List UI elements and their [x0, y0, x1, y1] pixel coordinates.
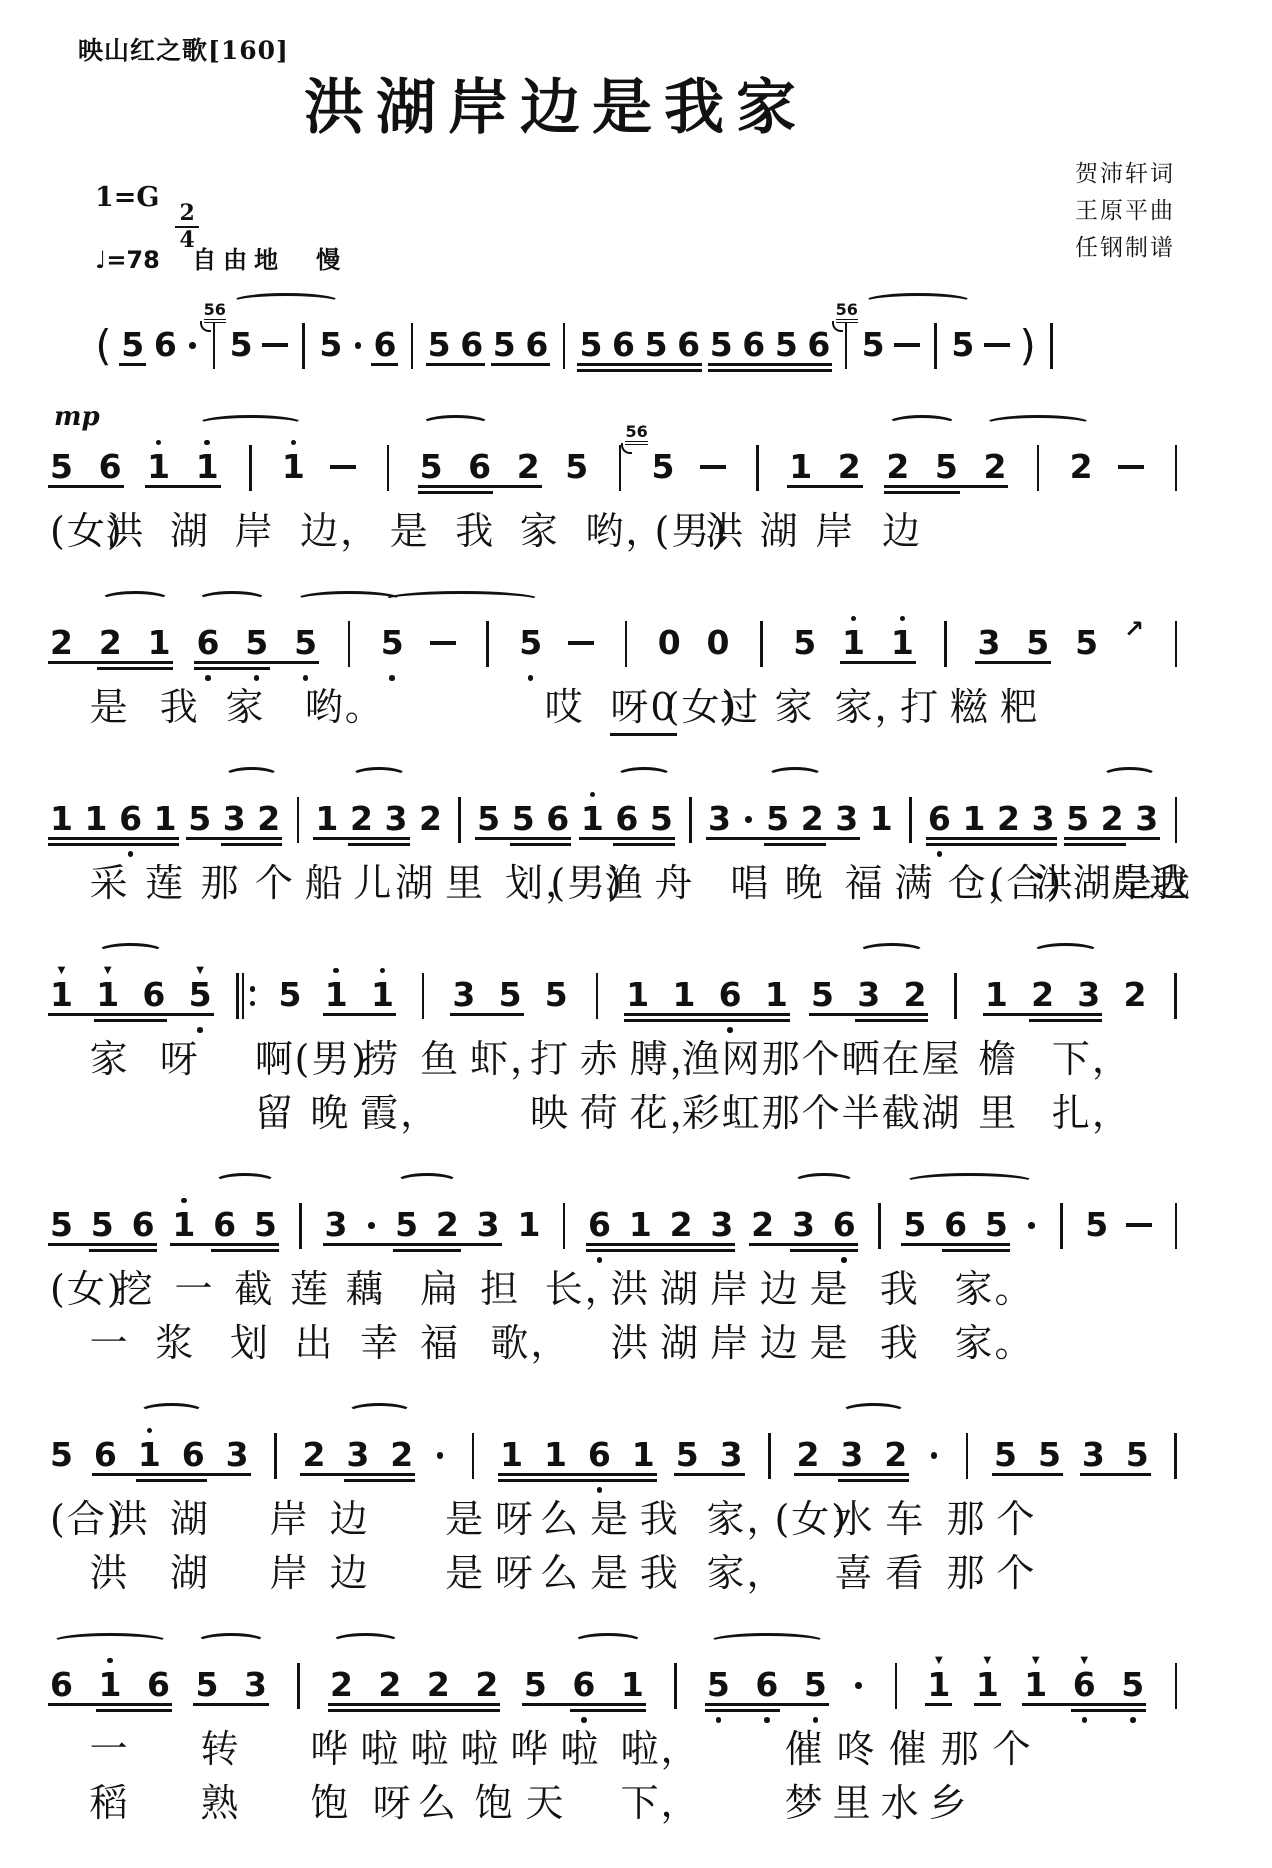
barline-stroke: [299, 1203, 302, 1249]
note: 5: [1038, 1416, 1061, 1494]
note-digit: 6: [612, 326, 635, 364]
lyric: 浆: [155, 1318, 195, 1368]
note-glyph-zone: 5: [50, 1436, 73, 1474]
aug-dot: [1026, 1186, 1038, 1264]
note-digit: 2: [1101, 800, 1124, 838]
note-glyph-zone: [299, 1206, 302, 1244]
lyric: 水: [834, 1494, 874, 1544]
augmentation-dot: [855, 1682, 862, 1689]
note-glyph-zone: 5: [230, 326, 253, 364]
note: 2: [419, 780, 442, 858]
note-glyph-zone: 6: [612, 326, 635, 364]
note-digit: 3: [708, 800, 731, 838]
note-glyph-zone: [274, 1436, 277, 1474]
lyric-row: (女)洪湖岸边，是我家哟，(男)洪湖岸边: [50, 506, 1182, 560]
note: 5: [545, 956, 568, 1034]
aug-dot: [352, 306, 364, 384]
note: 1: [581, 780, 604, 858]
barline: [961, 1416, 973, 1494]
dash-note: [984, 306, 1010, 384]
note: 0: [707, 604, 730, 682]
note: 5: [994, 1416, 1017, 1494]
note-upper-zone: [107, 1646, 113, 1666]
note-glyph-zone: 6: [588, 1436, 611, 1474]
note-glyph-zone: [1175, 448, 1178, 486]
gliss-arrow: ↗: [1124, 604, 1144, 682]
note-digit: 6: [460, 326, 483, 364]
note-digit: 1: [282, 448, 305, 486]
note-digit: 5: [195, 1666, 218, 1704]
lyric: 晚: [785, 858, 825, 908]
beam: [186, 837, 282, 840]
note: ▼1: [50, 956, 73, 1034]
paren: ): [1019, 306, 1035, 384]
note: 5: [245, 604, 268, 682]
note-glyph-zone: 6: [99, 448, 122, 486]
system-5: ▼1▼16▼551135511615321232家呀啊(男)捞鱼虾，打赤膊，渔网…: [50, 934, 1182, 1142]
note-digit: 6: [147, 1666, 170, 1704]
note-glyph-zone: 5: [951, 326, 974, 364]
note: 2: [1101, 780, 1124, 858]
note: 6: [546, 780, 569, 858]
lyric: 湖: [170, 506, 210, 556]
beam: [926, 843, 1057, 846]
note-glyph-zone: 6: [182, 1436, 205, 1474]
lyric: 呀: [495, 1548, 535, 1598]
lyric: 个: [996, 1494, 1036, 1544]
octave-dot-low: [937, 851, 943, 857]
lyric: 个: [996, 1548, 1036, 1598]
note-glyph-zone: [1050, 326, 1053, 364]
note: 1: [500, 1416, 523, 1494]
octave-dot-high: [380, 968, 386, 974]
lyric: 福: [845, 858, 885, 908]
system-1: (56556565656565656565565): [50, 284, 1182, 384]
collection-title: 映山红之歌[160]: [78, 36, 289, 66]
lyric: 一: [90, 1724, 130, 1774]
note-digit: 5: [189, 976, 212, 1014]
barline-stroke: [297, 797, 300, 843]
lyric: 哗啦啦啦哗啦: [310, 1724, 610, 1774]
note-digit: 5: [1038, 1436, 1061, 1474]
lyric: 洪: [705, 506, 745, 556]
note: 5: [188, 780, 211, 858]
note-glyph-zone: 2: [302, 1436, 325, 1474]
barline: [292, 780, 304, 858]
lyric: 下，: [1052, 1034, 1132, 1084]
note-glyph-zone: 5: [188, 800, 211, 838]
aug-dot: [186, 306, 198, 384]
note-lower-zone: [205, 662, 211, 682]
note-digit: 3: [1032, 800, 1055, 838]
note-digit: 2: [884, 1436, 907, 1474]
lyric: 晚: [310, 1088, 350, 1138]
note-glyph-zone: [1174, 1436, 1177, 1474]
dash-note: [568, 604, 594, 682]
note: 1: [148, 604, 171, 682]
note-glyph-zone: 1: [172, 1206, 195, 1244]
lyric: 呀: [495, 1494, 535, 1544]
note-glyph-zone: 5: [1085, 1206, 1108, 1244]
note-digit: 5: [524, 1666, 547, 1704]
octave-dot-high: [107, 1658, 113, 1664]
system-6: 5561653523161232365655(女)挖一截莲藕扁担长，洪湖岸边是我…: [50, 1164, 1182, 1372]
lyric: 粑: [1000, 682, 1040, 732]
beam: [926, 837, 1057, 840]
octave-dot-high: [204, 440, 210, 446]
beam: [586, 1243, 735, 1246]
note: 2: [99, 604, 122, 682]
barline: [684, 780, 696, 858]
note-glyph-zone: 5: [50, 448, 73, 486]
note-digit: 1: [147, 448, 170, 486]
barline-stroke: [422, 973, 425, 1019]
lyric: 莲: [145, 858, 185, 908]
lyric: 儿: [353, 858, 393, 908]
note-digit: 5: [650, 800, 673, 838]
beam: [674, 1473, 745, 1476]
note-glyph-zone: 3: [1135, 800, 1158, 838]
augmentation-dot: [368, 1222, 375, 1229]
lyric: 那: [201, 858, 241, 908]
note: ▼1: [1024, 1646, 1047, 1724]
note-glyph-zone: [689, 800, 692, 838]
note-digit: 3: [1135, 800, 1158, 838]
repeat-dots: [250, 973, 256, 1019]
octave-dot-low: [841, 1257, 847, 1263]
barline: [591, 956, 603, 1034]
note-digit: 2: [419, 800, 442, 838]
barline-stroke: [1050, 323, 1053, 369]
beam: [749, 1243, 858, 1246]
note: 6: [719, 956, 742, 1034]
beam: [884, 485, 1008, 488]
beam: [145, 485, 221, 488]
note-digit: 6: [742, 326, 765, 364]
beam: [577, 369, 702, 372]
lyric: 莲: [290, 1264, 330, 1314]
note-glyph-zone: 5: [189, 976, 212, 1014]
dash-note: [262, 306, 288, 384]
beam: [577, 363, 702, 366]
note-glyph-zone: 5: [420, 448, 443, 486]
note: 2: [50, 604, 73, 682]
note-glyph-zone: 5: [512, 800, 535, 838]
note-upper-zone: [900, 604, 906, 624]
lyric: 采: [90, 858, 130, 908]
note-digit: 5: [994, 1436, 1017, 1474]
note-digit: 6: [132, 1206, 155, 1244]
note: 5: [579, 306, 602, 384]
barline: [904, 780, 916, 858]
note-digit: 1: [148, 624, 171, 662]
note-digit: 1: [154, 800, 177, 838]
lyric: 我: [455, 506, 495, 556]
barline-stroke: [1174, 973, 1177, 1019]
note: 5: [395, 1186, 418, 1264]
lyric: 渔网那个晒在: [682, 1034, 922, 1084]
note-glyph-zone: 6: [546, 800, 569, 838]
note: 6: [615, 780, 638, 858]
beam: [522, 1703, 646, 1706]
note-glyph-zone: 6: [755, 1666, 778, 1704]
note-digit: 1: [96, 976, 119, 1014]
beam: [393, 1249, 461, 1252]
note-digit: 5: [279, 976, 302, 1014]
note-glyph-zone: 6: [132, 1206, 155, 1244]
octave-dot-low: [528, 675, 534, 681]
note-digit: 6: [588, 1206, 611, 1244]
note: 2: [997, 780, 1020, 858]
note-glyph-zone: [596, 976, 599, 1014]
lyric: 啊: [255, 1034, 295, 1084]
lyric: 彩虹那个半截: [682, 1088, 922, 1138]
lyric: 满: [894, 858, 934, 908]
note-glyph-zone: [568, 624, 594, 662]
barline: [1170, 428, 1182, 506]
note-lower-zone: [128, 838, 134, 858]
note-glyph-zone: 1: [985, 976, 1008, 1014]
duration-dash: [894, 343, 920, 347]
barline-stroke: [213, 323, 216, 369]
barline: [558, 306, 570, 384]
note-glyph-zone: 2: [983, 448, 1006, 486]
barline: [1045, 306, 1057, 384]
note-glyph-zone: [430, 624, 456, 662]
lyric: 湖: [660, 1264, 700, 1314]
lyric: 边: [882, 506, 922, 556]
lyric: 家: [774, 682, 814, 732]
note-glyph-zone: 3: [792, 1206, 815, 1244]
lyric: 里: [445, 858, 485, 908]
lyric: 看: [885, 1548, 925, 1598]
beam: [708, 363, 832, 366]
note-glyph-zone: 1: [621, 1666, 644, 1704]
barline-stroke: [674, 1663, 677, 1709]
lyric: 是: [390, 506, 430, 556]
barline: [270, 1416, 282, 1494]
note: 6: [755, 1646, 778, 1724]
note-glyph-zone: 6: [154, 326, 177, 364]
lyric: 是: [590, 1548, 630, 1598]
note-digit: 5: [545, 976, 568, 1014]
note: 1: [962, 780, 985, 858]
note-glyph-zone: 5: [579, 326, 602, 364]
note-upper-zone: ▼: [1080, 1646, 1088, 1666]
barline: [1170, 956, 1182, 1034]
beam: [194, 667, 270, 670]
note-glyph-zone: 5: [862, 326, 885, 364]
octave-dot-high: [851, 616, 857, 622]
lyric: 我: [160, 682, 200, 732]
note-digit: 0: [707, 624, 730, 662]
barline: [1032, 428, 1044, 506]
note: 5: [951, 306, 974, 384]
barline: [467, 1416, 479, 1494]
note-digit: 5: [1066, 800, 1089, 838]
lyric: 家: [520, 506, 560, 556]
barline: [244, 428, 256, 506]
beam: [97, 667, 173, 670]
note-digit: 5: [710, 326, 733, 364]
beam: [170, 1243, 279, 1246]
lyric: 洪: [110, 1494, 150, 1544]
note-glyph-zone: [966, 1436, 969, 1474]
octave-dot-low: [597, 1487, 603, 1493]
beam: [613, 843, 675, 846]
note-digit: 1: [985, 976, 1008, 1014]
lyric: 唱: [730, 858, 770, 908]
note-glyph-zone: 6: [1073, 1666, 1096, 1704]
beam: [586, 1249, 735, 1252]
note-glyph-zone: [1174, 976, 1177, 1014]
lyric: 呀: [373, 1778, 413, 1828]
beam: [498, 1473, 657, 1476]
notes-row: mp561115625556122522: [50, 406, 1182, 506]
note-digit: 6: [142, 976, 165, 1014]
note: 3: [385, 780, 408, 858]
beam: [901, 1243, 1010, 1246]
dash-note: [1126, 1186, 1152, 1264]
lyric: 家，: [707, 1548, 787, 1598]
barline-stroke: [596, 973, 599, 1019]
note: 3: [477, 1186, 500, 1264]
note-glyph-zone: 6: [460, 326, 483, 364]
lyric: 是: [90, 682, 130, 732]
beam: [323, 1243, 502, 1246]
notes-row: 616532222561565▼1▼1▼1▼65: [50, 1624, 1182, 1724]
beam: [983, 1013, 1102, 1016]
note-glyph-zone: 3: [708, 800, 731, 838]
barline-stroke: [934, 323, 937, 369]
note-digit: 3: [840, 1436, 863, 1474]
lyric: 打: [900, 682, 940, 732]
note: 5: [650, 780, 673, 858]
beam: [193, 1703, 269, 1706]
lyric: 岸: [235, 506, 275, 556]
note: 1: [138, 1416, 161, 1494]
lyric: 湖: [170, 1548, 210, 1598]
barline-stroke: [768, 1433, 771, 1479]
note: 1: [50, 780, 73, 858]
beam: [884, 491, 960, 494]
note-digit: 2: [99, 624, 122, 662]
note-digit: 5: [1126, 1436, 1149, 1474]
note: 2: [517, 428, 540, 506]
note-glyph-zone: 6: [213, 1206, 236, 1244]
note-glyph-zone: [262, 326, 288, 364]
note: 2: [884, 1416, 907, 1494]
lyric: 么: [540, 1548, 580, 1598]
note: 6: [677, 306, 700, 384]
note: 5: [985, 1186, 1008, 1264]
note-glyph-zone: 1: [282, 448, 305, 486]
note: 6: [196, 604, 219, 682]
note: 5: [50, 428, 73, 506]
note-glyph-zone: [1175, 1206, 1178, 1244]
note-digit: 5: [493, 326, 516, 364]
barline: [930, 306, 942, 384]
note-glyph-zone: 5: [1075, 624, 1098, 662]
note-glyph-zone: 5: [50, 1206, 73, 1244]
note-glyph-zone: 1: [842, 624, 865, 662]
duration-dash: [262, 343, 288, 347]
note-glyph-zone: 5: [793, 624, 816, 662]
note: 2: [390, 1416, 413, 1494]
lyric: 边，: [300, 506, 380, 556]
note-digit: 3: [477, 1206, 500, 1244]
barline: [614, 428, 626, 506]
note-digit: 2: [838, 448, 861, 486]
note: 3: [708, 780, 731, 858]
note: 2: [801, 780, 824, 858]
note: 5: [524, 1646, 547, 1724]
note-glyph-zone: 3: [835, 800, 858, 838]
note-glyph-zone: 6: [94, 1436, 117, 1474]
barline: [764, 1416, 776, 1494]
beam: [1064, 837, 1160, 840]
note-digit: 1: [85, 800, 108, 838]
note-upper-zone: [291, 428, 297, 448]
note-digit: 1: [544, 1436, 567, 1474]
note-digit: 5: [245, 624, 268, 662]
note: 3: [977, 604, 1000, 682]
note-digit: 5: [651, 448, 674, 486]
note: 1: [672, 956, 695, 1034]
note-glyph-zone: [934, 326, 937, 364]
lyric: 是我: [1114, 858, 1190, 908]
barline: [481, 604, 493, 682]
note-digit: 2: [997, 800, 1020, 838]
barline-stroke: [895, 1663, 898, 1709]
note-digit: (: [95, 326, 111, 366]
note-lower-zone: [303, 662, 309, 682]
note-digit: 3: [244, 1666, 267, 1704]
lyric: 那: [947, 1548, 987, 1598]
note-glyph-zone: 2: [330, 1666, 353, 1704]
lyric: 幸: [360, 1318, 400, 1368]
octave-dot-low: [813, 1717, 819, 1723]
note: 2: [378, 1646, 401, 1724]
lyric: 我: [640, 1494, 680, 1544]
lyric: 饱: [310, 1778, 350, 1828]
note: 1: [632, 1416, 655, 1494]
note-digit: 3: [720, 1436, 743, 1474]
lyric: 那: [947, 1494, 987, 1544]
note-glyph-zone: 6: [119, 800, 142, 838]
system-4: 11615321232556165352316123523采莲那个船儿湖里划，(…: [50, 758, 1182, 912]
note-glyph-zone: 5: [428, 326, 451, 364]
repeat-sign: [235, 956, 256, 1034]
octave-dot-low: [727, 1027, 733, 1033]
lyric: 湖: [922, 1088, 962, 1138]
note-glyph-zone: 5: [545, 976, 568, 1014]
note-glyph-zone: 3: [226, 1436, 249, 1474]
note-glyph-zone: [437, 1436, 444, 1474]
notes-row: 11615321232556165352316123523: [50, 758, 1182, 858]
note-digit: 6: [944, 1206, 967, 1244]
note: 5: [935, 428, 958, 506]
augmentation-dot: [931, 1452, 938, 1459]
lyric-row: (合)洪湖岸边是呀么是我家，(女)水车那个: [50, 1494, 1182, 1548]
lyricist-credit: 贺沛轩词: [1075, 156, 1175, 193]
lyric: 呀: [160, 1034, 200, 1084]
note: 5: [420, 428, 443, 506]
note-glyph-zone: [1118, 448, 1144, 486]
note: 1: [315, 780, 338, 858]
note-glyph-zone: 5: [707, 1666, 730, 1704]
note-glyph-zone: 5: [710, 326, 733, 364]
